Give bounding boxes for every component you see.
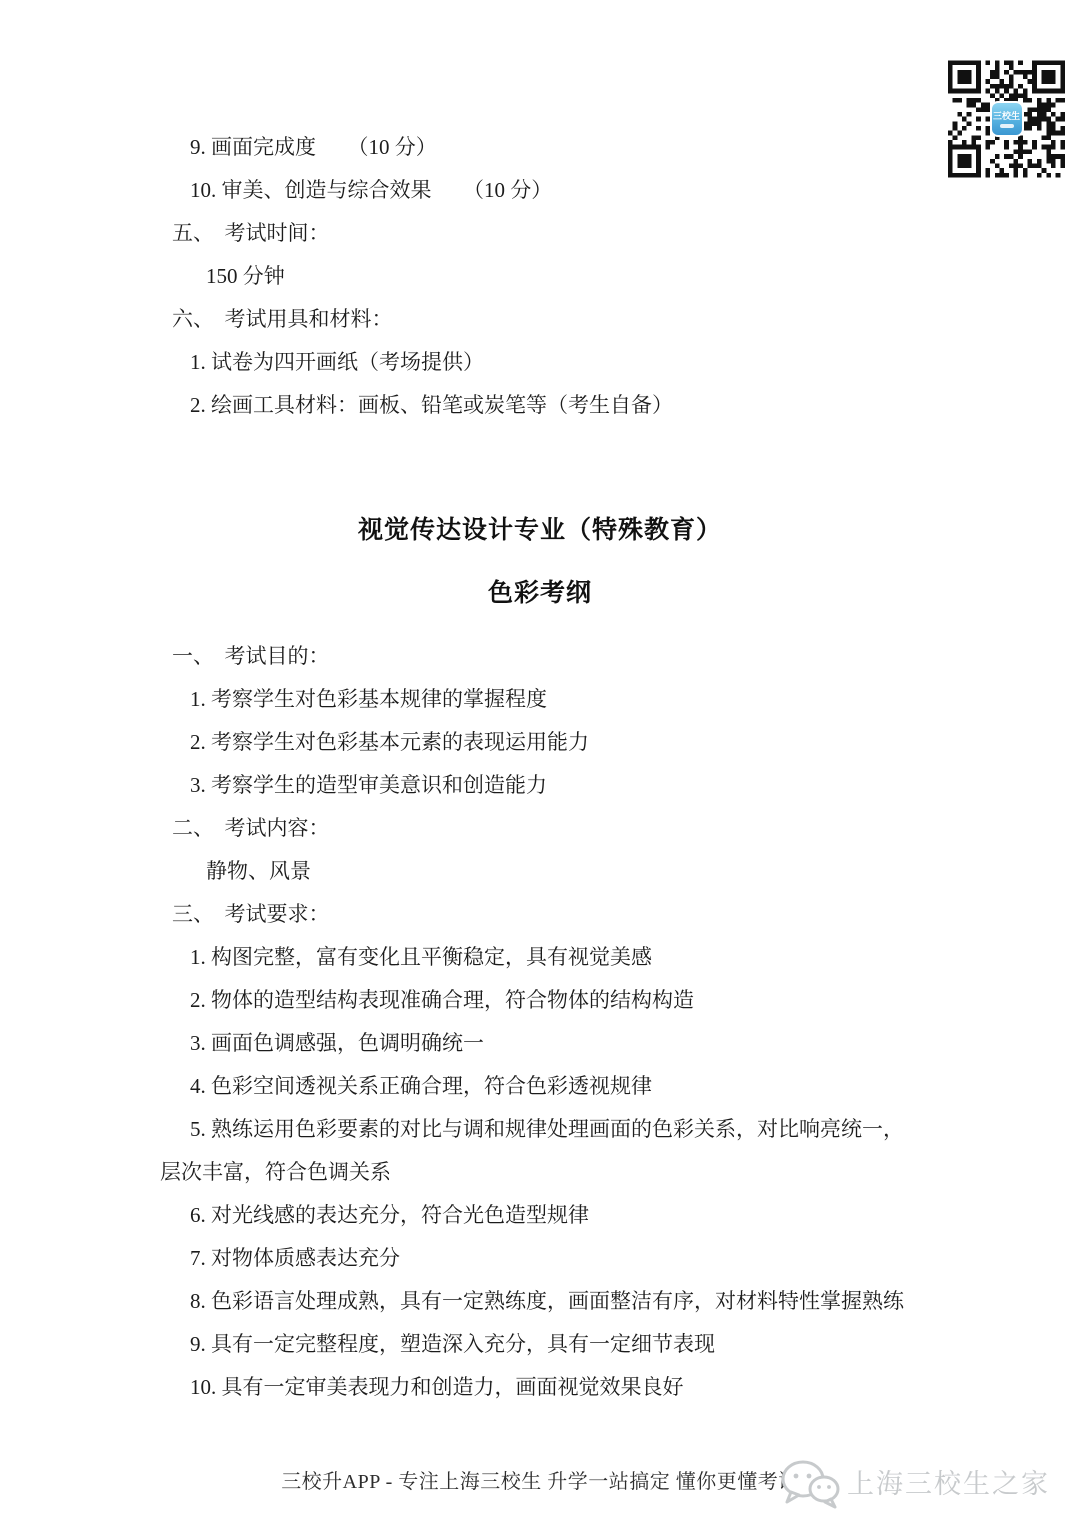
doc-line-req-3: 3. 画面色调感强，色调明确统一 bbox=[0, 1022, 1080, 1065]
page-subtitle: 色彩考纲 bbox=[0, 580, 1080, 607]
doc-heading-content: 二、 考试内容： bbox=[0, 807, 1080, 850]
doc-line-req-5-cont: 层次丰富，符合色调关系 bbox=[0, 1151, 1080, 1194]
doc-line-req-8: 8. 色彩语言处理成熟，具有一定熟练度，画面整洁有序，对材料特性掌握熟练 bbox=[0, 1280, 1080, 1323]
watermark-text: 上海三校生之家 bbox=[847, 1464, 1050, 1504]
doc-line-score-9: 9. 画面完成度 （10 分） bbox=[0, 126, 1080, 169]
doc-heading-requirements: 三、 考试要求： bbox=[0, 893, 1080, 936]
doc-line-purpose-2: 2. 考察学生对色彩基本元素的表现运用能力 bbox=[0, 721, 1080, 764]
doc-line-req-9: 9. 具有一定完整程度，塑造深入充分，具有一定细节表现 bbox=[0, 1323, 1080, 1366]
doc-line-req-1: 1. 构图完整，富有变化且平衡稳定，具有视觉美感 bbox=[0, 936, 1080, 979]
doc-line-content: 静物、风景 bbox=[0, 850, 1080, 893]
page-title: 视觉传达设计专业（特殊教育） bbox=[0, 517, 1080, 544]
doc-line-duration: 150 分钟 bbox=[0, 255, 1080, 298]
doc-line-req-2: 2. 物体的造型结构表现准确合理，符合物体的结构构造 bbox=[0, 979, 1080, 1022]
doc-heading-materials: 六、 考试用具和材料： bbox=[0, 298, 1080, 341]
doc-line-req-5: 5. 熟练运用色彩要素的对比与调和规律处理画面的色彩关系，对比响亮统一， bbox=[0, 1108, 1080, 1151]
doc-line-purpose-1: 1. 考察学生对色彩基本规律的掌握程度 bbox=[0, 678, 1080, 721]
doc-heading-purpose: 一、 考试目的： bbox=[0, 635, 1080, 678]
doc-line-material-1: 1. 试卷为四开画纸（考场提供） bbox=[0, 341, 1080, 384]
doc-line-req-10: 10. 具有一定审美表现力和创造力，画面视觉效果良好 bbox=[0, 1366, 1080, 1409]
doc-line-purpose-3: 3. 考察学生的造型审美意识和创造能力 bbox=[0, 764, 1080, 807]
doc-line-req-6: 6. 对光线感的表达充分，符合光色造型规律 bbox=[0, 1194, 1080, 1237]
document-page: 9. 画面完成度 （10 分） 10. 审美、创造与综合效果 （10 分） 五、… bbox=[0, 126, 1080, 1409]
app-icon-label: 三校生 bbox=[993, 111, 1020, 121]
wechat-icon bbox=[779, 1458, 841, 1510]
doc-line-req-7: 7. 对物体质感表达充分 bbox=[0, 1237, 1080, 1280]
doc-line-score-10: 10. 审美、创造与综合效果 （10 分） bbox=[0, 169, 1080, 212]
doc-line-req-4: 4. 色彩空间透视关系正确合理，符合色彩透视规律 bbox=[0, 1065, 1080, 1108]
doc-line-material-2: 2. 绘画工具材料：画板、铅笔或炭笔等（考生自备） bbox=[0, 384, 1080, 427]
watermark: 上海三校生之家 bbox=[779, 1458, 1050, 1510]
doc-heading-exam-time: 五、 考试时间： bbox=[0, 212, 1080, 255]
